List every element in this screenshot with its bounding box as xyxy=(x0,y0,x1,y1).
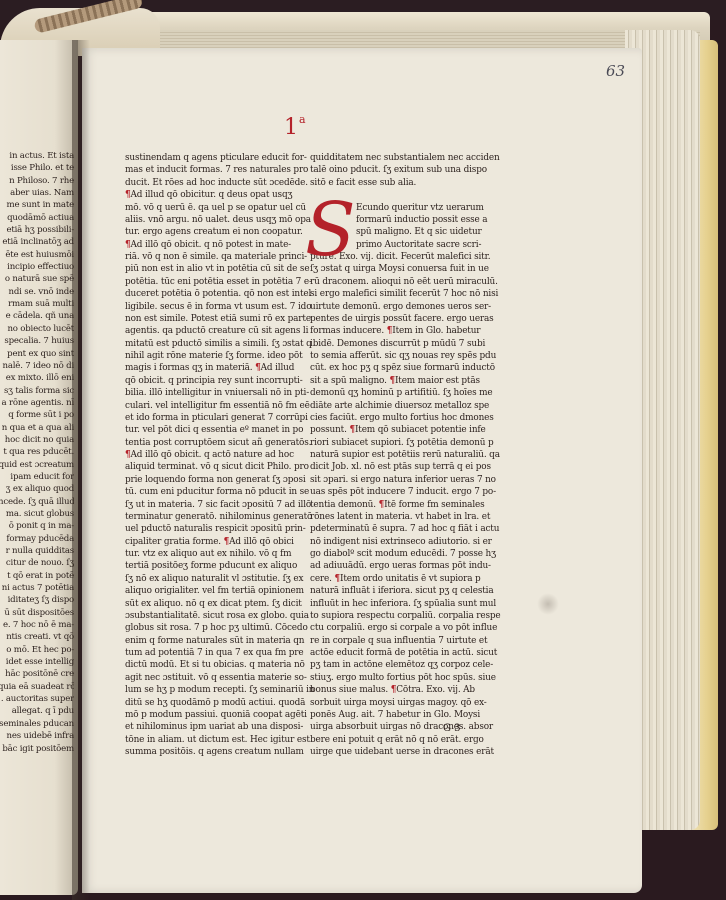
text-line: me sunt in mate xyxy=(0,199,74,211)
text-line: r nulla quidditas xyxy=(0,545,74,557)
text-line: ɔsubstantialitatē. sicut rosa ex globo. … xyxy=(125,610,291,622)
text-line: terminatur generatō. nihilominus generat… xyxy=(125,511,291,523)
text-line: ū sūt dispositōes xyxy=(0,607,74,619)
text-line: ibidē. Demones discurrūt p mūdū 7 subi xyxy=(310,338,476,350)
text-line: cipaliter gratia forme. ¶Ad illō qō obic… xyxy=(125,536,291,548)
text-line: cere. ¶Item ordo unitatis ē vt supiora p xyxy=(310,573,476,585)
text-line: . auctoritas super xyxy=(0,693,74,705)
text-line: ¶Ad illō qō obicit. q actō nature ad hoc xyxy=(125,449,291,461)
text-line: t qō erat in potē xyxy=(0,570,74,582)
text-line: uel pductō naturalis respicit ɔpositū pr… xyxy=(125,523,291,535)
text-line: pdeterminatū ē supra. 7 ad hoc q fiāt i … xyxy=(310,523,476,535)
text-line: cies faciūt. ergo multo fortius hoc dmon… xyxy=(310,412,476,424)
text-line: tur. vel pōt dici q essentia eº manet in… xyxy=(125,424,291,436)
text-line: tur. ergo agens creatum ei non coopatur. xyxy=(125,226,291,238)
folio-number: 63 xyxy=(606,62,625,80)
text-line: allegat. q ī pdu xyxy=(0,705,74,717)
text-line: aber uias. Nam xyxy=(0,187,74,199)
text-line: ndi se. vnō inde xyxy=(0,286,74,298)
text-line: n Philoso. 7 rhe xyxy=(0,175,74,187)
text-line: specalia. 7 huius xyxy=(0,335,74,347)
text-line: quia eā suadeat rō xyxy=(0,681,74,693)
text-line: talē oino pducit. ſʒ exitum sub una disp… xyxy=(310,164,476,176)
text-line: agit nec ɔstituit. vō q essentia materie… xyxy=(125,672,291,684)
text-line: incipio effectiuo xyxy=(0,261,74,273)
text-line: globus sit rosa. 7 p hoc pʒ ultimū. Cōce… xyxy=(125,622,291,634)
text-line: ¶Ad illud qō obicitur. q deus opat usqʒ xyxy=(125,189,291,201)
text-line: sorbuit uirga moysi uirgas magoy. qō ex- xyxy=(310,697,476,709)
text-line: uirtute demonū. ergo demones ueros ser- xyxy=(310,301,476,313)
text-line: ncede. ſʒ quā illud xyxy=(0,496,74,508)
text-line: a rōne agentis. nī xyxy=(0,397,74,409)
text-line: potētia. tūc eni potētia esset in potēti… xyxy=(125,276,291,288)
paragraph-mark-icon: ¶ xyxy=(391,685,397,695)
text-line: riori subiacet supiori. ſʒ potētia demon… xyxy=(310,437,476,449)
left-page: in actus. Et istaisse Philo. et ten Phil… xyxy=(0,40,78,895)
text-line: dicit Job. xl. nō est ptās sup terrā q e… xyxy=(310,461,476,473)
text-line: ctu corpaliū. ergo si corpale a vo pōt i… xyxy=(310,622,476,634)
text-line: bere eni potuit q erāt nō q nō erāt. erg… xyxy=(310,734,476,746)
text-line: quidditatem nec substantialem nec accide… xyxy=(310,152,476,164)
text-line: quid est ɔcreatum xyxy=(0,459,74,471)
text-line: ditū se hʒ quodāmō p modū actiui. quodā xyxy=(125,697,291,709)
text-line: pentes de uirgis possūt facere. ergo uer… xyxy=(310,313,476,325)
text-line: no obiecto lucēt xyxy=(0,323,74,335)
text-line: ipam educit for xyxy=(0,471,74,483)
text-line: magis i formas qʒ in materiā. ¶Ad illud xyxy=(125,362,291,374)
text-line: formas inducere. ¶Item in Glo. habetur xyxy=(310,325,476,337)
text-line: et nihilominus ipm uariat ab una disposi… xyxy=(125,721,291,733)
text-line: in actus. Et ista xyxy=(0,150,74,162)
text-line: n qua et a qua ali xyxy=(0,422,74,434)
text-line: ma. sicut globus xyxy=(0,508,74,520)
paragraph-mark-icon: ¶ xyxy=(389,376,395,386)
text-line: et ido forma in pticulari generat 7 corr… xyxy=(125,412,291,424)
text-line: rōnes latent in materia. vt habet in lra… xyxy=(310,511,476,523)
text-line: ni actus 7 potētia xyxy=(0,582,74,594)
text-line: stiuʒ. ergo multo fortius pōt hoc spūs. … xyxy=(310,672,476,684)
text-line: dictū modū. Et si tu obicias. q materia … xyxy=(125,659,291,671)
text-line: ligibile. secus ē in forma vt usum est. … xyxy=(125,301,291,313)
signature-mark: G 3 xyxy=(443,723,461,734)
text-line: riā. vō q non ē simile. qa materiale pri… xyxy=(125,251,291,263)
annotation-main: 1 xyxy=(284,115,298,140)
text-line: aliquid terminat. vō q sicut dicit Philo… xyxy=(125,461,291,473)
text-line: duceret potētia ō potentia. qō non est i… xyxy=(125,288,291,300)
paragraph-mark-icon: ¶ xyxy=(125,240,131,250)
text-line: mitatū est pductō similis a simili. ſʒ ɔ… xyxy=(125,338,291,350)
paragraph-mark-icon: ¶ xyxy=(224,537,230,547)
paragraph-mark-icon: ¶ xyxy=(125,190,131,200)
text-line: uas spēs pōt inducere 7 inducit. ergo 7 … xyxy=(310,486,476,498)
text-line: bāc igit positōem xyxy=(0,743,74,755)
text-line: rū draconem. alioqui nō eēt uerū miracul… xyxy=(310,276,476,288)
annotation-superscript: a xyxy=(299,113,306,126)
text-line: mō. vō q uerū ē. qa uel p se opatur uel … xyxy=(125,202,291,214)
text-line: tur. vtz ex aliquo aut ex nihilo. vō q f… xyxy=(125,548,291,560)
text-line: lum se hʒ p modum recepti. ſʒ seminariū … xyxy=(125,684,291,696)
rubricated-initial-S: S xyxy=(305,196,357,266)
text-line: summa positōis. q agens creatum nullam xyxy=(125,746,291,758)
text-line: tum ad potentiā 7 in qua 7 ex qua fm pre xyxy=(125,647,291,659)
text-line: hāc positōnē cre xyxy=(0,668,74,680)
text-line: hoc dicit no quia xyxy=(0,434,74,446)
text-line: isse Philo. et te xyxy=(0,162,74,174)
text-line: re in corpale q sua influentia 7 uirtute… xyxy=(310,635,476,647)
text-line: bonus siue malus. ¶Cōtra. Exo. vij. Ab xyxy=(310,684,476,696)
text-line: go diabolº scit modum educēdi. 7 posse h… xyxy=(310,548,476,560)
text-line: iditateʒ ſʒ dispo xyxy=(0,594,74,606)
text-line: piū non est in alio vt in potētia cū sit… xyxy=(125,263,291,275)
text-line: possunt. ¶Item qō subiacet potentie infe xyxy=(310,424,476,436)
text-line: sustinendam q agens pticulare educit for… xyxy=(125,152,291,164)
manuscript-annotation: 1a xyxy=(284,117,305,139)
text-line: tertiā positōeʒ forme pducunt ex aliquo xyxy=(125,560,291,572)
text-line: to supiora respectu corpaliū. corpalia r… xyxy=(310,610,476,622)
paper-stain xyxy=(537,593,559,615)
paragraph-mark-icon: ¶ xyxy=(125,450,131,460)
book-photograph: in actus. Et istaisse Philo. et ten Phil… xyxy=(0,0,726,900)
text-line: pent ex quo sint xyxy=(0,348,74,360)
text-line: agentis. qa pductō creature cū sit agens… xyxy=(125,325,291,337)
text-line: uirge que uidebant uerse in dracones erā… xyxy=(310,746,476,758)
text-line: tentia post corruptōem sicut añ generatō… xyxy=(125,437,291,449)
text-line: nes uidebē infra xyxy=(0,730,74,742)
text-line: actōe educit formā de potētia in actū. s… xyxy=(310,647,476,659)
text-line: citur de nouo. ſʒ xyxy=(0,557,74,569)
text-line: etiā hʒ possibili- xyxy=(0,224,74,236)
text-line: sit a spū maligno. ¶Item maior est ptās xyxy=(310,375,476,387)
text-line: o mō. Et hec po- xyxy=(0,644,74,656)
text-line: culari. vel intelligitur fm essentiā nō … xyxy=(125,400,291,412)
text-line: enim q forme naturales sūt in materia qn xyxy=(125,635,291,647)
text-line: si ergo malefici similit fecerūt 7 hoc n… xyxy=(310,288,476,300)
text-line: seminales pducan xyxy=(0,718,74,730)
paragraph-mark-icon: ¶ xyxy=(349,425,355,435)
text-line: tentia demonū. ¶Itē forme fm seminales xyxy=(310,499,476,511)
text-line: sit ɔpari. si ergo natura inferior ueras… xyxy=(310,474,476,486)
text-line: mō p modum passiui. quoniā coopat agēti xyxy=(125,709,291,721)
text-column-a: sustinendam q agens pticulare educit for… xyxy=(125,152,291,758)
text-line: etiā inclinatōʒ ad xyxy=(0,236,74,248)
text-line: ponēs Aug. ait. 7 habetur in Glo. Moysi xyxy=(310,709,476,721)
text-line: ſʒ ut in materia. 7 sic facit ɔpositū 7 … xyxy=(125,499,291,511)
text-line: sūt ex aliquo. nō q ex dicat ptem. ſʒ di… xyxy=(125,598,291,610)
text-line: e cādela. qñ una xyxy=(0,310,74,322)
text-line: sʒ talis forma sic xyxy=(0,385,74,397)
text-line: nihil agit rōne materie ſʒ forme. ideo p… xyxy=(125,350,291,362)
text-line: o naturā sue spē xyxy=(0,273,74,285)
gutter-shadow xyxy=(72,40,90,900)
text-line: non est simile. Potest etiā sumi rō ex p… xyxy=(125,313,291,325)
text-line: demonū qʒ hominū p artifitiū. ſʒ hoīes m… xyxy=(310,387,476,399)
text-line: ducit. Et rōes ad hoc inducte sūt ɔcedēd… xyxy=(125,177,291,189)
paragraph-mark-icon: ¶ xyxy=(379,500,385,510)
text-line: quodāmō actiua xyxy=(0,212,74,224)
left-page-text: in actus. Et istaisse Philo. et ten Phil… xyxy=(0,150,74,755)
text-line: naturā supior est potētiis rerū naturali… xyxy=(310,449,476,461)
text-line: prie loquendo forma non generat ſʒ ɔposi xyxy=(125,474,291,486)
text-line: ¶Ad illō qō obicit. q nō potest in mate- xyxy=(125,239,291,251)
text-line: aliquo origialiter. vel fm tertiā opinio… xyxy=(125,585,291,597)
text-line: nō indigent nisi extrinseco adiutorio. s… xyxy=(310,536,476,548)
paragraph-mark-icon: ¶ xyxy=(255,363,261,373)
text-line: ntis creati. vt qō xyxy=(0,631,74,643)
text-line: ʒ ex aliquo quod xyxy=(0,483,74,495)
text-line: q forme sūt i po xyxy=(0,409,74,421)
text-line: ēte est huiusmōi xyxy=(0,249,74,261)
text-line: tōne in aliam. ut dictum est. Hec igitur… xyxy=(125,734,291,746)
text-line: qō obicit. q principia rey sunt incorrup… xyxy=(125,375,291,387)
text-line: bilia. illō intelligitur in vniuersali n… xyxy=(125,387,291,399)
text-line: to semia afferūt. sic qʒ nouas rey spēs … xyxy=(310,350,476,362)
text-line: pʒ tam in actōne elemētoz qʒ corpoz cele… xyxy=(310,659,476,671)
text-line: tū. cum eni pducitur forma nō pducit in … xyxy=(125,486,291,498)
text-line: ex mixto. illō eni xyxy=(0,372,74,384)
text-line: mas et inducit formas. 7 res naturales p… xyxy=(125,164,291,176)
text-line: diāte arte alchimie diuersoz metalloz sp… xyxy=(310,400,476,412)
text-line: idet esse intellig xyxy=(0,656,74,668)
text-line: cūt. ex hoc pʒ q spēz siue formarū induc… xyxy=(310,362,476,374)
text-line: ō ponit q in ma- xyxy=(0,520,74,532)
text-line: formay pducēda xyxy=(0,533,74,545)
text-line: e. 7 hoc nō ē ma- xyxy=(0,619,74,631)
text-line: ad adiuuādū. ergo ueras formas pōt indu- xyxy=(310,560,476,572)
text-line: influūt in hec inferiora. ſʒ spūalia sun… xyxy=(310,598,476,610)
paragraph-mark-icon: ¶ xyxy=(334,574,340,584)
text-line: aliis. vnō argu. nō ualet. deus usqʒ mō … xyxy=(125,214,291,226)
text-line: nalē. 7 ideo nō di xyxy=(0,360,74,372)
text-line: ſʒ nō ex aliquo naturalit vl ɔstitutie. … xyxy=(125,573,291,585)
paragraph-mark-icon: ¶ xyxy=(387,326,393,336)
text-line: t qua res pducēt. xyxy=(0,446,74,458)
text-line: naturā influāt i iferiora. sicut pʒ q ce… xyxy=(310,585,476,597)
text-line: rmam suā multi xyxy=(0,298,74,310)
